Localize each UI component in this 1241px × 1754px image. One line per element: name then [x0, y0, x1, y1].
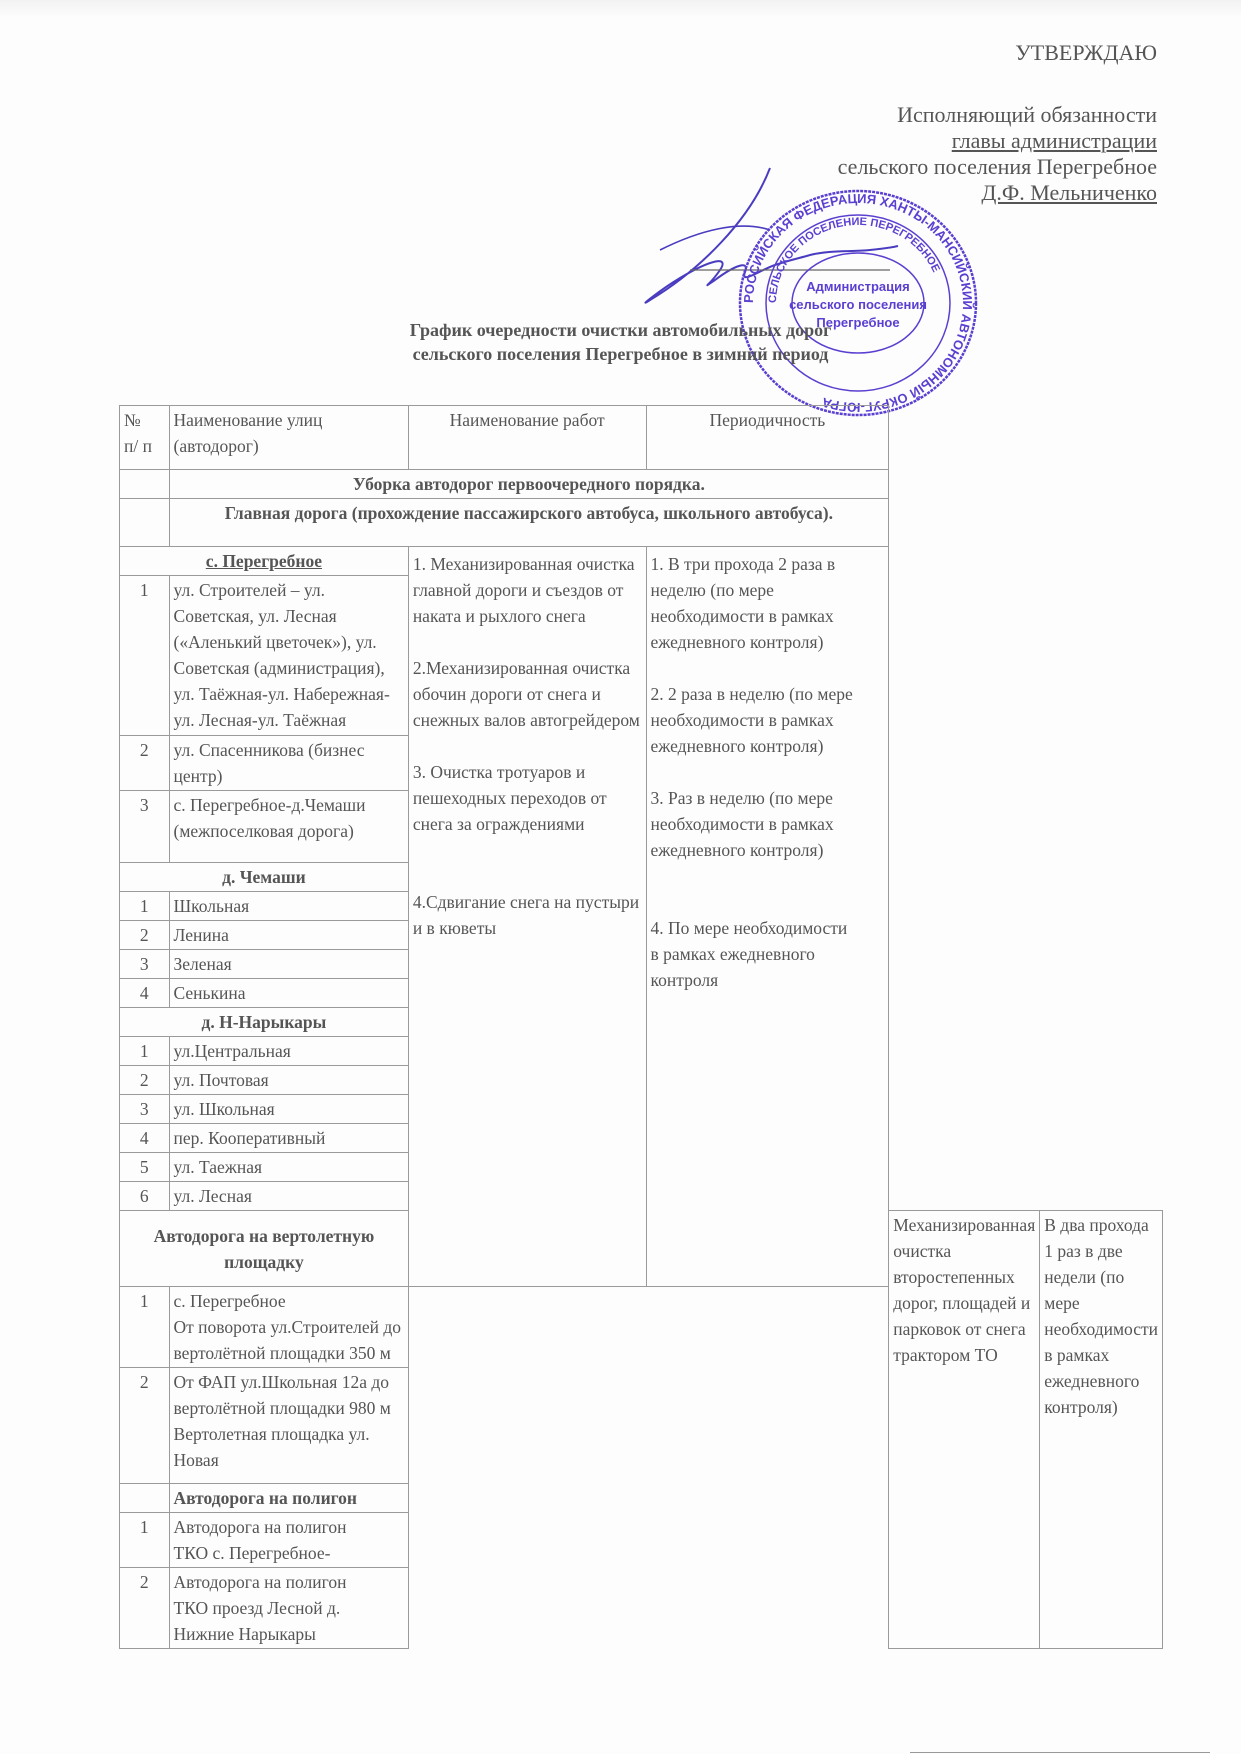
- row-num: 1: [120, 1037, 170, 1066]
- works-primary: 1. Механизированная очистка главной доро…: [408, 547, 646, 1287]
- row-num: 3: [120, 950, 170, 979]
- row-street: Ленина: [169, 921, 408, 950]
- row-num: 1: [120, 1513, 170, 1568]
- row-street: ул. Спасенникова (бизнес центр): [169, 736, 408, 791]
- row-street: пер. Кооперативный: [169, 1124, 408, 1153]
- row-num: 2: [120, 1368, 170, 1484]
- group-title-helipad: Автодорога на вертолетную площадку: [120, 1211, 409, 1287]
- period-secondary: В два прохода 1 раз в две недели (по мер…: [1040, 1211, 1163, 1649]
- row-num: 4: [120, 979, 170, 1008]
- header-num: № п/ п: [120, 406, 170, 470]
- row-street: с. Перегребное-д.Чемаши (межпоселковая д…: [169, 791, 408, 863]
- group-title-peregrebnoe: с. Перегребное: [206, 551, 322, 571]
- row-num: 2: [120, 736, 170, 791]
- row-street: ул. Таежная: [169, 1153, 408, 1182]
- header-period: Периодичность: [646, 406, 889, 470]
- row-street: ул. Почтовая: [169, 1066, 408, 1095]
- approval-position-line2: главы администрации: [838, 128, 1157, 154]
- document-title: График очередности очистки автомобильных…: [0, 318, 1241, 366]
- row-num: 1: [120, 1287, 170, 1368]
- document-title-line2: сельского поселения Перегребное в зимний…: [0, 342, 1241, 366]
- section-priority-title: Уборка автодорог первоочередного порядка…: [169, 470, 889, 499]
- road-cleaning-schedule-table: № п/ п Наименование улиц (автодорог) Наи…: [119, 405, 1163, 1649]
- works-secondary: Механизированная очистка второстепенных …: [889, 1211, 1040, 1649]
- row-num: 6: [120, 1182, 170, 1211]
- group-header-peregrebnoe: с. Перегребное 1. Механизированная очист…: [120, 547, 1163, 576]
- stamp-center-line1: Администрация: [806, 279, 909, 294]
- row-num: 1: [120, 892, 170, 921]
- row-street: От ФАП ул.Школьная 12а до вертолётной пл…: [169, 1368, 408, 1484]
- period-primary: 1. В три прохода 2 раза в неделю (по мер…: [646, 547, 889, 1287]
- main-road-title: Главная дорога (прохождение пассажирског…: [169, 499, 889, 547]
- row-street: Автодорога на полигон ТКО с. Перегребное…: [169, 1513, 408, 1568]
- header-work: Наименование работ: [408, 406, 646, 470]
- official-stamp-icon: РОССИЙСКАЯ ФЕДЕРАЦИЯ ХАНТЫ-МАНСИЙСКИЙ АВ…: [733, 183, 983, 423]
- page-top-shade: [0, 0, 1241, 18]
- row-street: ул. Лесная: [169, 1182, 408, 1211]
- row-num: 2: [120, 1066, 170, 1095]
- row-street: Школьная: [169, 892, 408, 921]
- document-title-line1: График очередности очистки автомобильных…: [0, 318, 1241, 342]
- row-num: 2: [120, 921, 170, 950]
- row-street: Автодорога на полигон ТКО проезд Лесной …: [169, 1568, 408, 1649]
- table-header-row: № п/ п Наименование улиц (автодорог) Наи…: [120, 406, 1163, 470]
- row-num: 2: [120, 1568, 170, 1649]
- row-street: с. Перегребное От поворота ул.Строителей…: [169, 1287, 408, 1368]
- stamp-center-line2: сельского поселения: [789, 297, 927, 312]
- approval-position-line1: Исполняющий обязанности: [838, 102, 1157, 128]
- row-num: 3: [120, 1095, 170, 1124]
- group-title-chemashi: д. Чемаши: [120, 863, 409, 892]
- row-street: Зеленая: [169, 950, 408, 979]
- row-num: 1: [120, 576, 170, 736]
- row-num: 5: [120, 1153, 170, 1182]
- group-title-narykary: д. Н-Нарыкары: [120, 1008, 409, 1037]
- main-road-row: Главная дорога (прохождение пассажирског…: [120, 499, 1163, 547]
- group-title-landfill: Автодорога на полигон: [169, 1484, 408, 1513]
- row-street: Сенькина: [169, 979, 408, 1008]
- row-street: ул.Центральная: [169, 1037, 408, 1066]
- row-street: ул. Строителей – ул. Советская, ул. Лесн…: [169, 576, 408, 736]
- page-bottom-rule: [910, 1752, 1210, 1753]
- section-priority-row: Уборка автодорог первоочередного порядка…: [120, 470, 1163, 499]
- row-street: ул. Школьная: [169, 1095, 408, 1124]
- header-street: Наименование улиц (автодорог): [169, 406, 408, 470]
- row-num: 3: [120, 791, 170, 863]
- row-num: 4: [120, 1124, 170, 1153]
- approval-title: УТВЕРЖДАЮ: [838, 40, 1157, 66]
